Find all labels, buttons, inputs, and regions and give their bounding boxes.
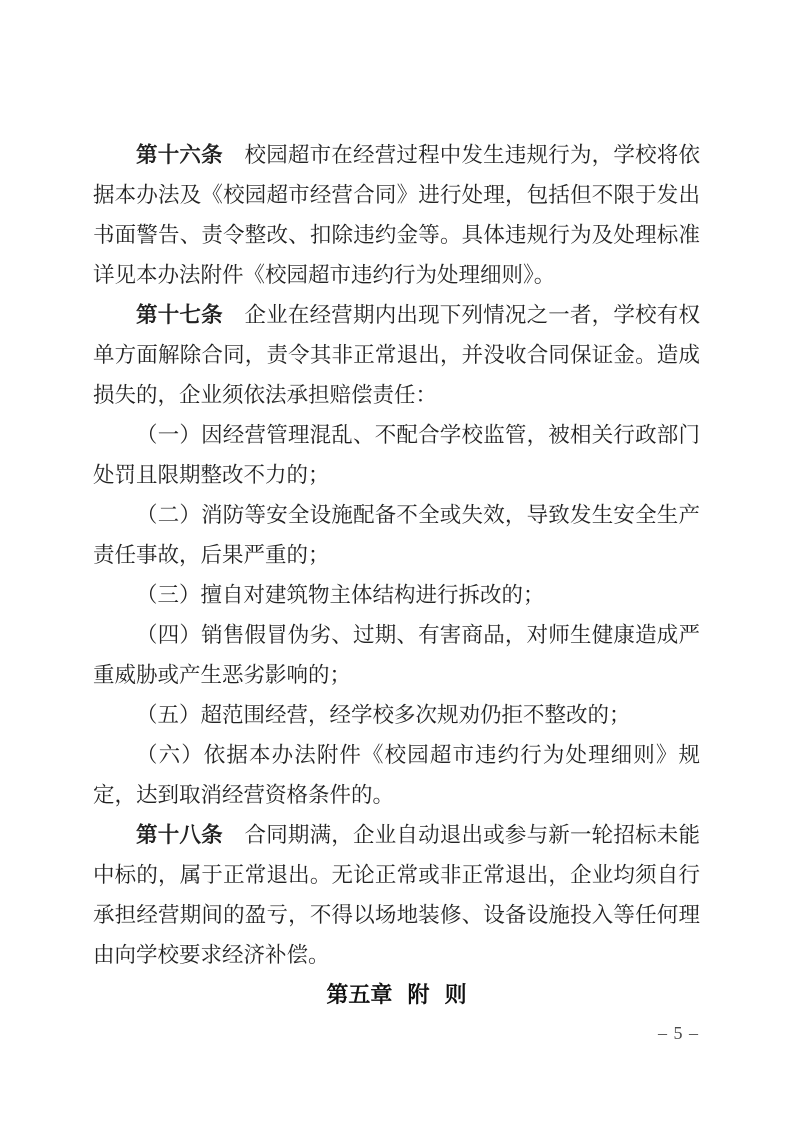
- chapter-heading: 第五章 附 则: [93, 975, 700, 1015]
- document-body: 第十六条 校园超市在经营过程中发生违规行为，学校将依据本办法及《校园超市经营合同…: [93, 135, 700, 1015]
- article-number: 第十六条: [136, 143, 245, 167]
- paragraph: （五）超范围经营，经学校多次规劝仍拒不整改的；: [93, 695, 700, 735]
- paragraph: （四）销售假冒伪劣、过期、有害商品，对师生健康造成严重威胁或产生恶劣影响的；: [93, 615, 700, 695]
- paragraph: （六）依据本办法附件《校园超市违约行为处理细则》规定，达到取消经营资格条件的。: [93, 735, 700, 815]
- paragraph: （三）擅自对建筑物主体结构进行拆改的；: [93, 575, 700, 615]
- paragraph-text: （三）擅自对建筑物主体结构进行拆改的；: [136, 583, 545, 607]
- paragraph: 第十六条 校园超市在经营过程中发生违规行为，学校将依据本办法及《校园超市经营合同…: [93, 135, 700, 295]
- paragraph: （二）消防等安全设施配备不全或失效，导致发生安全生产责任事故，后果严重的；: [93, 495, 700, 575]
- paragraph-text: （二）消防等安全设施配备不全或失效，导致发生安全生产责任事故，后果严重的；: [93, 503, 700, 567]
- document-page: 第十六条 校园超市在经营过程中发生违规行为，学校将依据本办法及《校园超市经营合同…: [0, 0, 793, 1122]
- paragraph-text: （六）依据本办法附件《校园超市违约行为处理细则》规定，达到取消经营资格条件的。: [93, 743, 700, 807]
- paragraph: 第十八条 合同期满，企业自动退出或参与新一轮招标未能中标的，属于正常退出。无论正…: [93, 815, 700, 975]
- paragraph-text: （五）超范围经营，经学校多次规劝仍拒不整改的；: [136, 703, 631, 727]
- paragraph: 第十七条 企业在经营期内出现下列情况之一者，学校有权单方面解除合同，责令其非正常…: [93, 295, 700, 415]
- page-number: – 5 –: [658, 1022, 699, 1044]
- paragraph-text: （四）销售假冒伪劣、过期、有害商品，对师生健康造成严重威胁或产生恶劣影响的；: [93, 623, 700, 687]
- paragraph-text: （一）因经营管理混乱、不配合学校监管，被相关行政部门处罚且限期整改不力的；: [93, 423, 700, 487]
- paragraph: （一）因经营管理混乱、不配合学校监管，被相关行政部门处罚且限期整改不力的；: [93, 415, 700, 495]
- article-number: 第十八条: [136, 823, 245, 847]
- article-number: 第十七条: [136, 303, 245, 327]
